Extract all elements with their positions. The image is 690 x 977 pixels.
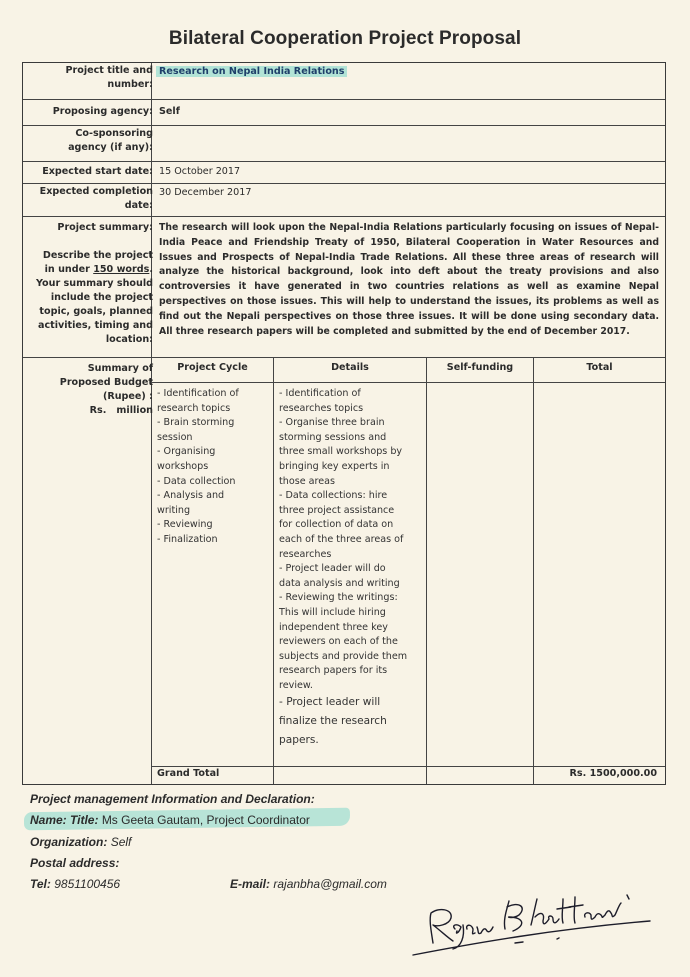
organization-value: Self: [111, 835, 132, 849]
self-funding-cell[interactable]: [427, 387, 533, 762]
list-line: session: [157, 431, 239, 446]
row-divider: [23, 216, 665, 217]
list-line: workshops: [157, 460, 239, 475]
completion-date-label: Expected completion date:: [40, 185, 153, 213]
list-line: three small workshops by: [279, 445, 407, 460]
list-line: This will include hiring: [279, 606, 407, 621]
organization-label: Organization:: [30, 835, 107, 849]
list-line: - Identification of: [279, 387, 407, 402]
row-divider: [23, 99, 665, 100]
name-title-value: Ms Geeta Gautam, Project Coordinator: [102, 813, 310, 827]
start-date-value[interactable]: 15 October 2017: [159, 165, 240, 179]
list-line: researches: [279, 548, 407, 563]
postal-address-label: Postal address:: [30, 856, 119, 870]
co-sponsoring-value[interactable]: [159, 127, 659, 157]
name-title-line: Name: Title: Ms Geeta Gautam, Project Co…: [30, 813, 310, 827]
list-line: reviewers on each of the: [279, 635, 407, 650]
signature-icon: [395, 885, 665, 965]
list-line: - Finalization: [157, 533, 239, 548]
label-line: number:: [65, 78, 153, 92]
email-line: E-mail: rajanbha@gmail.com: [230, 877, 387, 891]
list-line: research topics: [157, 402, 239, 417]
summary-instruction: Describe the project in under 150 words.…: [33, 249, 153, 347]
list-line: - Reviewing the writings:: [279, 591, 407, 606]
column-header-self-funding: Self-funding: [427, 362, 533, 373]
organization-line: Organization: Self: [30, 835, 131, 849]
postal-address-line: Postal address:: [30, 856, 119, 870]
list-line: - Analysis and: [157, 489, 239, 504]
list-line: papers.: [279, 731, 407, 750]
list-line: - Data collections: hire: [279, 489, 407, 504]
row-divider: [23, 125, 665, 126]
email-value: rajanbha@gmail.com: [273, 877, 387, 891]
project-summary-text[interactable]: The research will look upon the Nepal-In…: [159, 221, 659, 339]
tel-line: Tel: 9851100456: [30, 877, 120, 891]
email-label: E-mail:: [230, 877, 270, 891]
list-line: - Organise three brain: [279, 416, 407, 431]
row-divider: [23, 357, 665, 358]
total-cell[interactable]: [534, 387, 665, 762]
label-line: Proposed Budget: [60, 376, 153, 390]
list-line: review.: [279, 679, 407, 694]
list-line: - Identification of: [157, 387, 239, 402]
list-line: data analysis and writing: [279, 577, 407, 592]
list-line: - Reviewing: [157, 518, 239, 533]
highlighted-text: Research on Nepal India Relations: [156, 66, 347, 77]
label-line: Rs. million: [60, 404, 153, 418]
instruction-underlined: 150 words: [93, 264, 149, 275]
tel-label: Tel:: [30, 877, 51, 891]
project-title-label: Project title and number:: [65, 64, 153, 92]
list-line: research papers for its: [279, 664, 407, 679]
budget-label: Summary of Proposed Budget (Rupee) : Rs.…: [60, 362, 153, 418]
list-line: researches topics: [279, 402, 407, 417]
list-line: writing: [157, 504, 239, 519]
row-divider: [23, 183, 665, 184]
tel-value: 9851100456: [54, 877, 120, 891]
column-header-project-cycle: Project Cycle: [152, 362, 273, 373]
list-line: - Data collection: [157, 475, 239, 490]
list-line: three project assistance: [279, 504, 407, 519]
project-cycle-list: - Identification ofresearch topics- Brai…: [157, 387, 239, 548]
list-line: subjects and provide them: [279, 650, 407, 665]
label-line: (Rupee) :: [60, 390, 153, 404]
completion-date-value[interactable]: 30 December 2017: [159, 186, 251, 200]
row-divider: [151, 382, 665, 383]
label-line: Summary of: [60, 362, 153, 376]
list-line: - Brain storming: [157, 416, 239, 431]
proposing-agency-label: Proposing agency:: [53, 105, 153, 119]
grand-total-label: Grand Total: [157, 768, 219, 779]
grand-total-value: Rs. 1500,000.00: [570, 768, 657, 779]
list-line: - Organising: [157, 445, 239, 460]
list-line: for collection of data on: [279, 518, 407, 533]
list-line: - Project leader will: [279, 693, 407, 712]
project-summary-label: Project summary: Describe the project in…: [33, 221, 153, 347]
row-divider: [151, 766, 665, 767]
proposing-agency-value[interactable]: Self: [159, 105, 180, 119]
co-sponsoring-label: Co-sponsoring agency (if any):: [68, 127, 153, 155]
list-line: each of the three areas of: [279, 533, 407, 548]
list-line: storming sessions and: [279, 431, 407, 446]
label-line: agency (if any):: [68, 141, 153, 155]
name-title-label: Name: Title:: [30, 813, 98, 827]
label-line: Expected completion: [40, 185, 153, 199]
list-line: finalize the research: [279, 712, 407, 731]
proposal-table: Project title and number: Research on Ne…: [22, 62, 666, 785]
list-line: bringing key experts in: [279, 460, 407, 475]
start-date-label: Expected start date:: [42, 165, 153, 179]
column-header-total: Total: [534, 362, 665, 373]
list-line: independent three key: [279, 621, 407, 636]
page-title: Bilateral Cooperation Project Proposal: [0, 28, 690, 50]
list-line: - Project leader will do: [279, 562, 407, 577]
row-divider: [23, 161, 665, 162]
label-line: Project title and: [65, 64, 153, 78]
column-header-details: Details: [274, 362, 426, 373]
declaration-heading: Project management Information and Decla…: [30, 792, 315, 806]
col-divider: [273, 357, 274, 784]
label-line: Co-sponsoring: [68, 127, 153, 141]
summary-heading: Project summary:: [33, 221, 153, 235]
project-title-value[interactable]: Research on Nepal India Relations: [159, 65, 347, 79]
instruction-text: . Your summary should include the projec…: [36, 264, 153, 345]
list-line: those areas: [279, 475, 407, 490]
label-line: date:: [40, 199, 153, 213]
details-list: - Identification ofresearches topics- Or…: [279, 387, 407, 750]
